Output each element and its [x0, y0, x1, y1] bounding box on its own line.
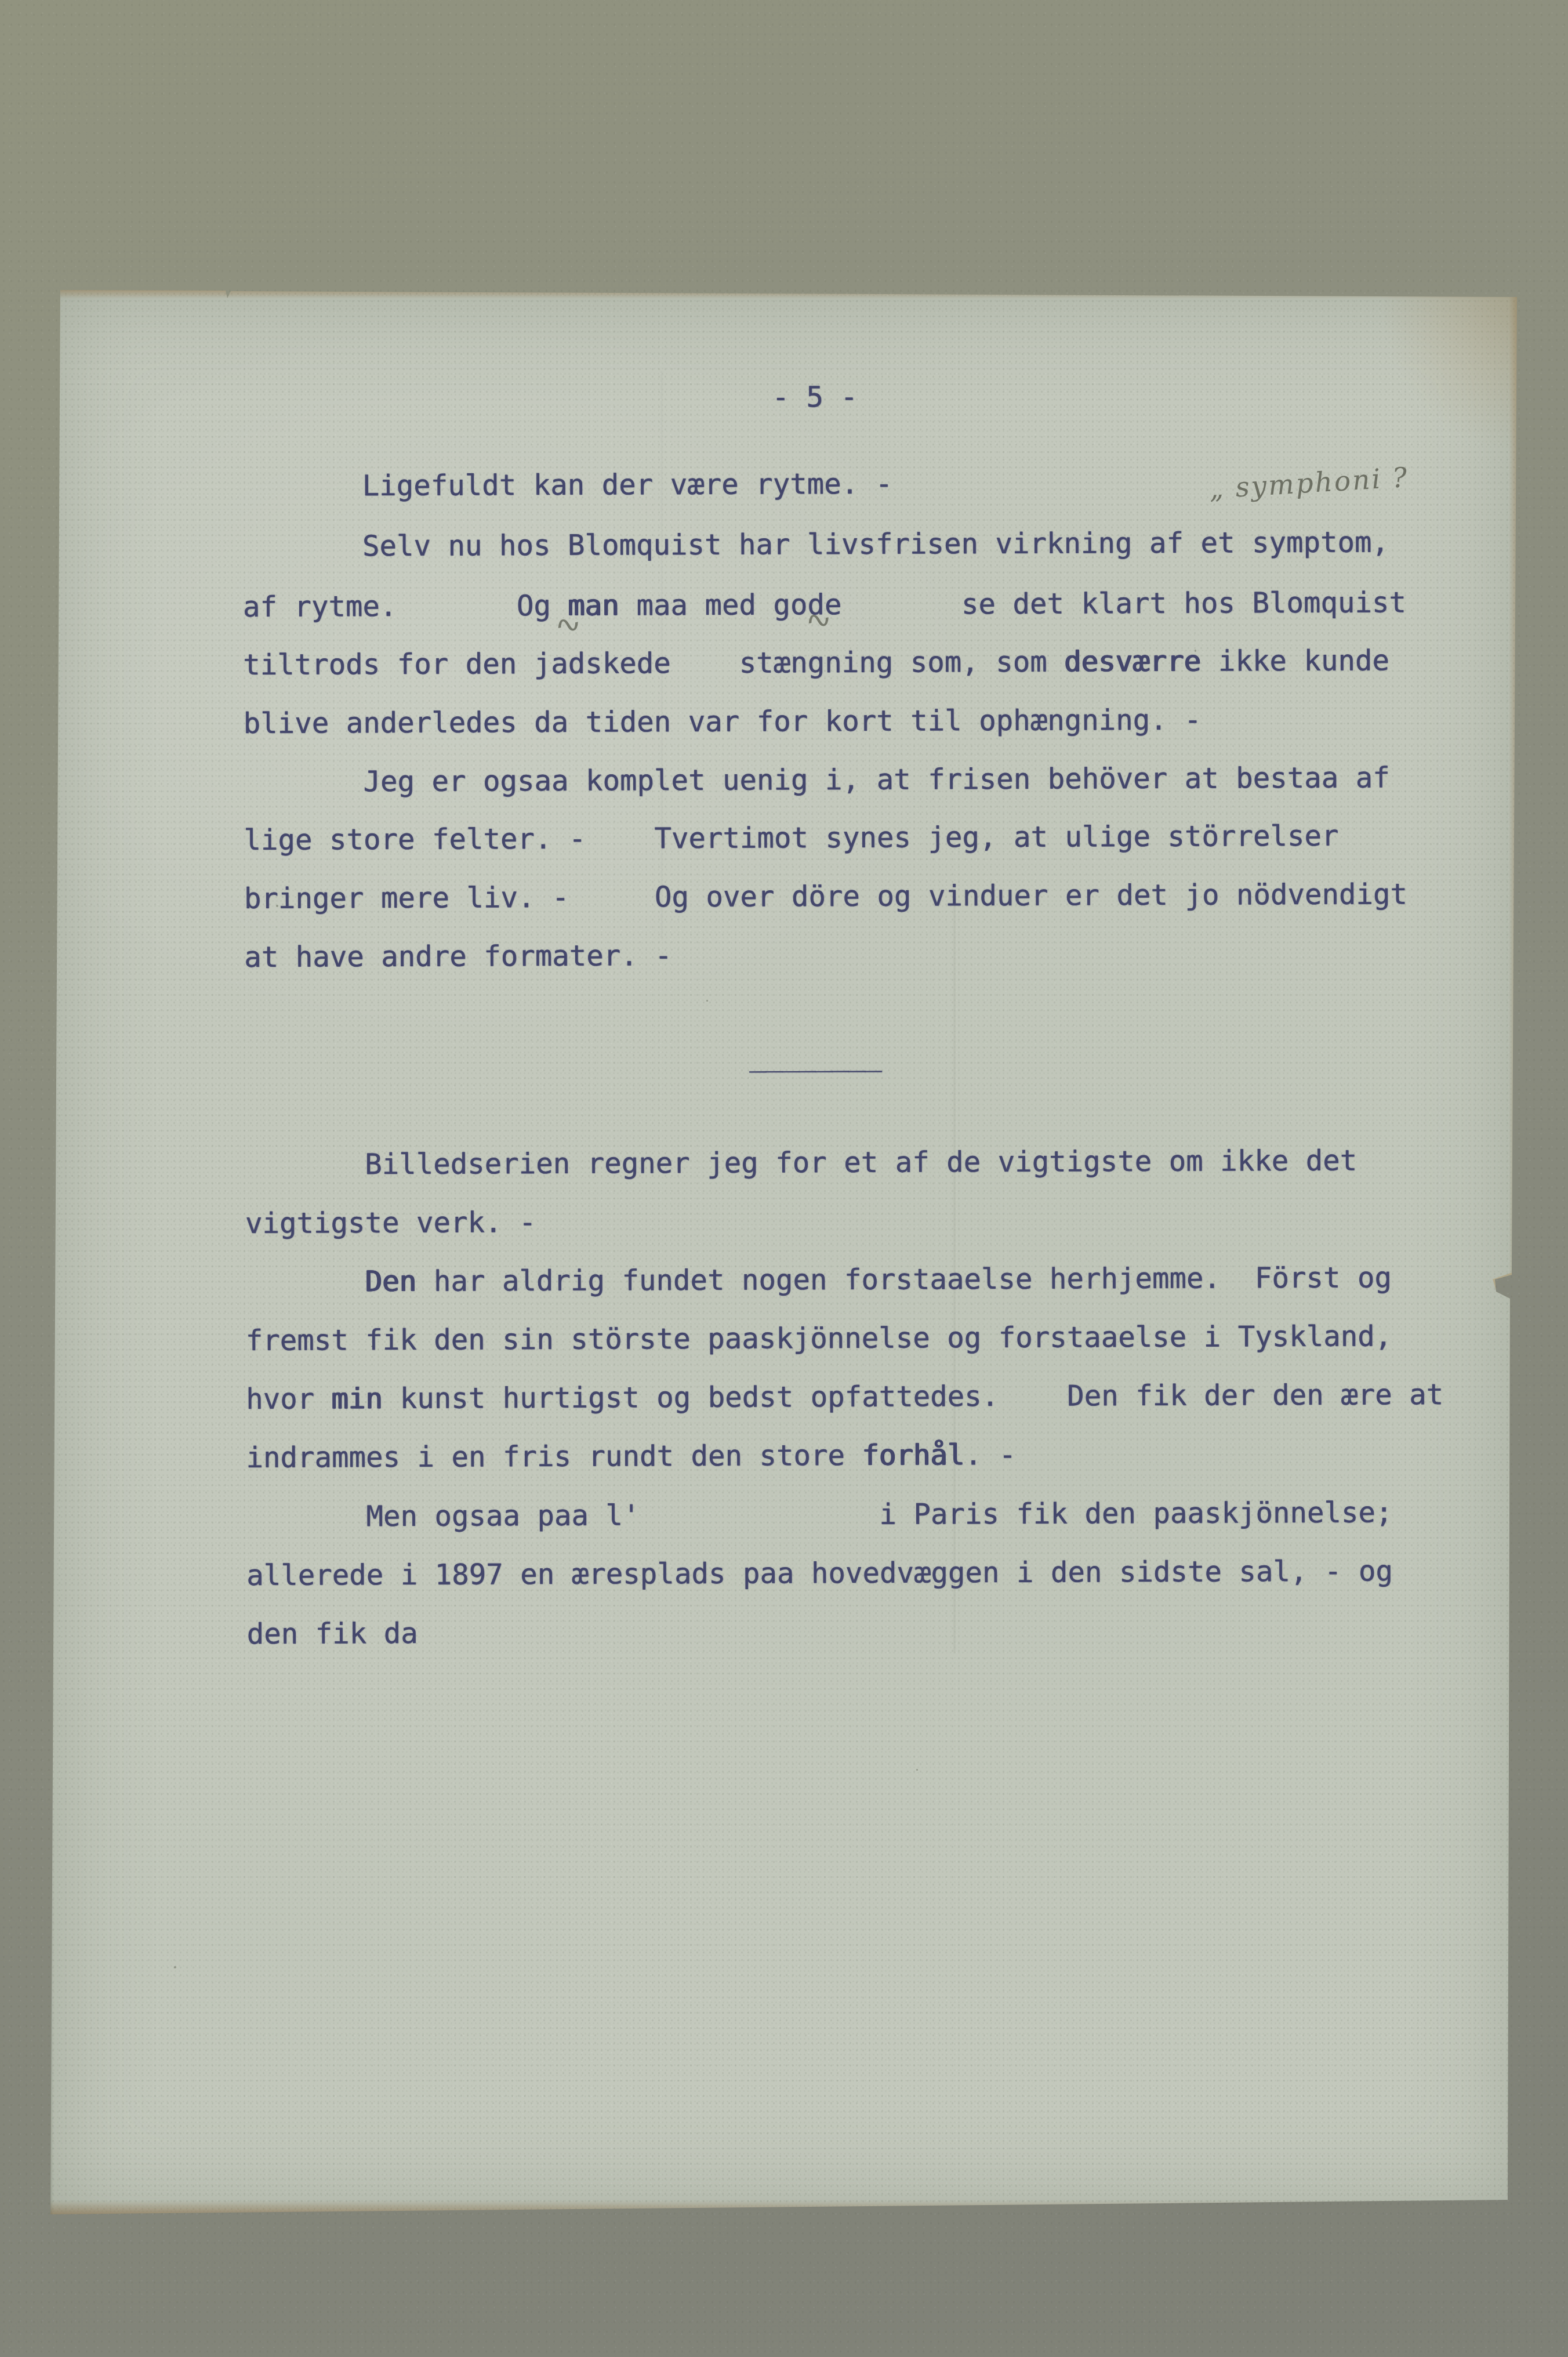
paper-speck [706, 1000, 708, 1002]
typed-line: Men ogsaa paa l' i Paris fik den paaskjö… [246, 1498, 1393, 1531]
typed-line: Ligefuldt kan der være rytme. - [242, 470, 892, 501]
paper-speck [916, 1769, 918, 1771]
pencil-caret-mark: ∿ [551, 608, 585, 641]
typed-line: Selv nu hos Blomquist har livsfrisen vir… [242, 528, 1389, 561]
paper-edge-tear [1493, 1272, 1512, 1297]
pencil-caret-mark: ∿ [802, 603, 835, 637]
typed-line: bringer mere liv. - Og over döre og vind… [244, 880, 1407, 913]
paper-right-edge-discoloration [1509, 290, 1517, 2214]
typed-line: vigtigste verk. - [245, 1208, 536, 1238]
paper-corner-stain [1378, 290, 1517, 452]
typed-line: tiltrods for den jadskede stængning som,… [243, 646, 1389, 679]
typed-line: blive anderledes da tiden var for kort t… [244, 706, 1202, 738]
typed-line: at have andre formater. - [244, 941, 672, 971]
handwritten-pencil-annotation: „ symphoni ? [1208, 462, 1410, 505]
typed-line: indrammes i en fris rundt den store forh… [246, 1441, 1016, 1472]
typed-line: den fik da [247, 1619, 418, 1648]
typed-line: Jeg er ogsaa komplet uenig i, at frisen … [244, 763, 1390, 796]
typewritten-letter-sheet: - 5 - Ligefuldt kan der være rytme. - Se… [50, 290, 1517, 2214]
typed-separator-rule: ________ [749, 1042, 881, 1071]
typed-line: fremst fik den sin störste paaskjönnelse… [246, 1322, 1392, 1355]
typed-line: allerede i 1897 en æresplads paa hovedvæ… [246, 1557, 1393, 1590]
scanned-document-page: { "doc": { "page_number": "- 5 -", "type… [0, 0, 1568, 2357]
paper-speck [174, 1966, 176, 1968]
typed-line: hvor min kunst hurtigst og bedst opfatte… [246, 1380, 1443, 1413]
paper-vignette [50, 290, 1517, 2214]
paper-top-edge-discoloration [50, 290, 1517, 299]
paper-bottom-edge-discoloration [50, 2200, 1517, 2214]
typed-line: Den har aldrig fundet nogen forstaaelse … [245, 1263, 1392, 1296]
typed-line: Billedserien regner jeg for et af de vig… [245, 1147, 1357, 1179]
typed-line: lige store felter. - Tvertimot synes jeg… [244, 822, 1338, 854]
paper-left-edge-shading [50, 290, 53, 2214]
page-number: - 5 - [772, 383, 858, 412]
